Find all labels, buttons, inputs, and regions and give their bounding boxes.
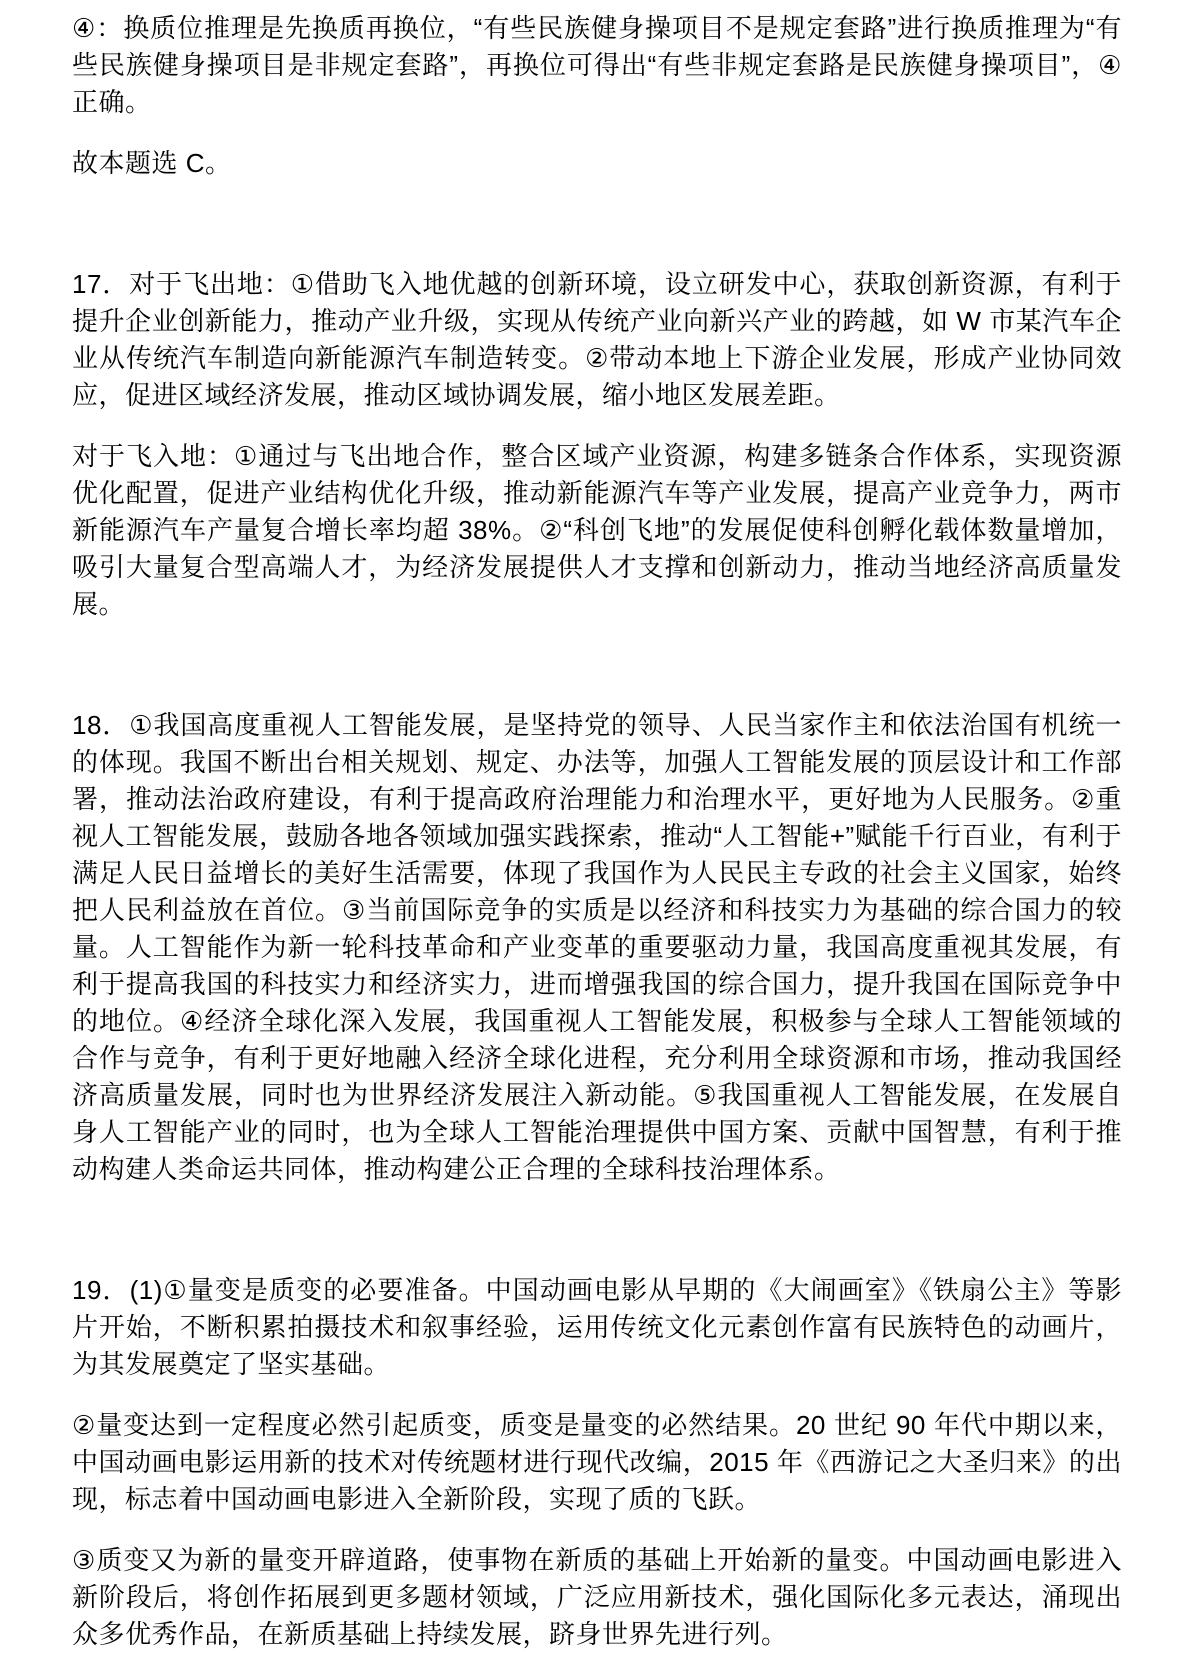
paragraph-answer-19-1-point-1: 19．(1)①量变是质变的必要准备。中国动画电影从早期的《大闹画室》《铁扇公主》… [72, 1272, 1122, 1383]
paragraph-answer-18: 18．①我国高度重视人工智能发展，是坚持党的领导、人民当家作主和依法治国有机统一… [72, 707, 1122, 1188]
paragraph-answer-16-conclusion: 故本题选 C。 [72, 145, 1122, 182]
document-page: ④：换质位推理是先换质再换位，“有些民族健身操项目不是规定套路”进行换质推理为“… [0, 0, 1190, 1673]
paragraph-answer-17-part-1: 17．对于飞出地：①借助飞入地优越的创新环境，设立研发中心，获取创新资源，有利于… [72, 266, 1122, 414]
paragraph-answer-17-part-2: 对于飞入地：①通过与飞出地合作，整合区域产业资源，构建多链条合作体系，实现资源优… [72, 438, 1122, 623]
paragraph-answer-19-1-point-2: ②量变达到一定程度必然引起质变，质变是量变的必然结果。20 世纪 90 年代中期… [72, 1407, 1122, 1518]
paragraph-answer-16-point-4: ④：换质位推理是先换质再换位，“有些民族健身操项目不是规定套路”进行换质推理为“… [72, 10, 1122, 121]
paragraph-answer-19-1-point-3: ③质变又为新的量变开辟道路，使事物在新质的基础上开始新的量变。中国动画电影进入新… [72, 1542, 1122, 1653]
